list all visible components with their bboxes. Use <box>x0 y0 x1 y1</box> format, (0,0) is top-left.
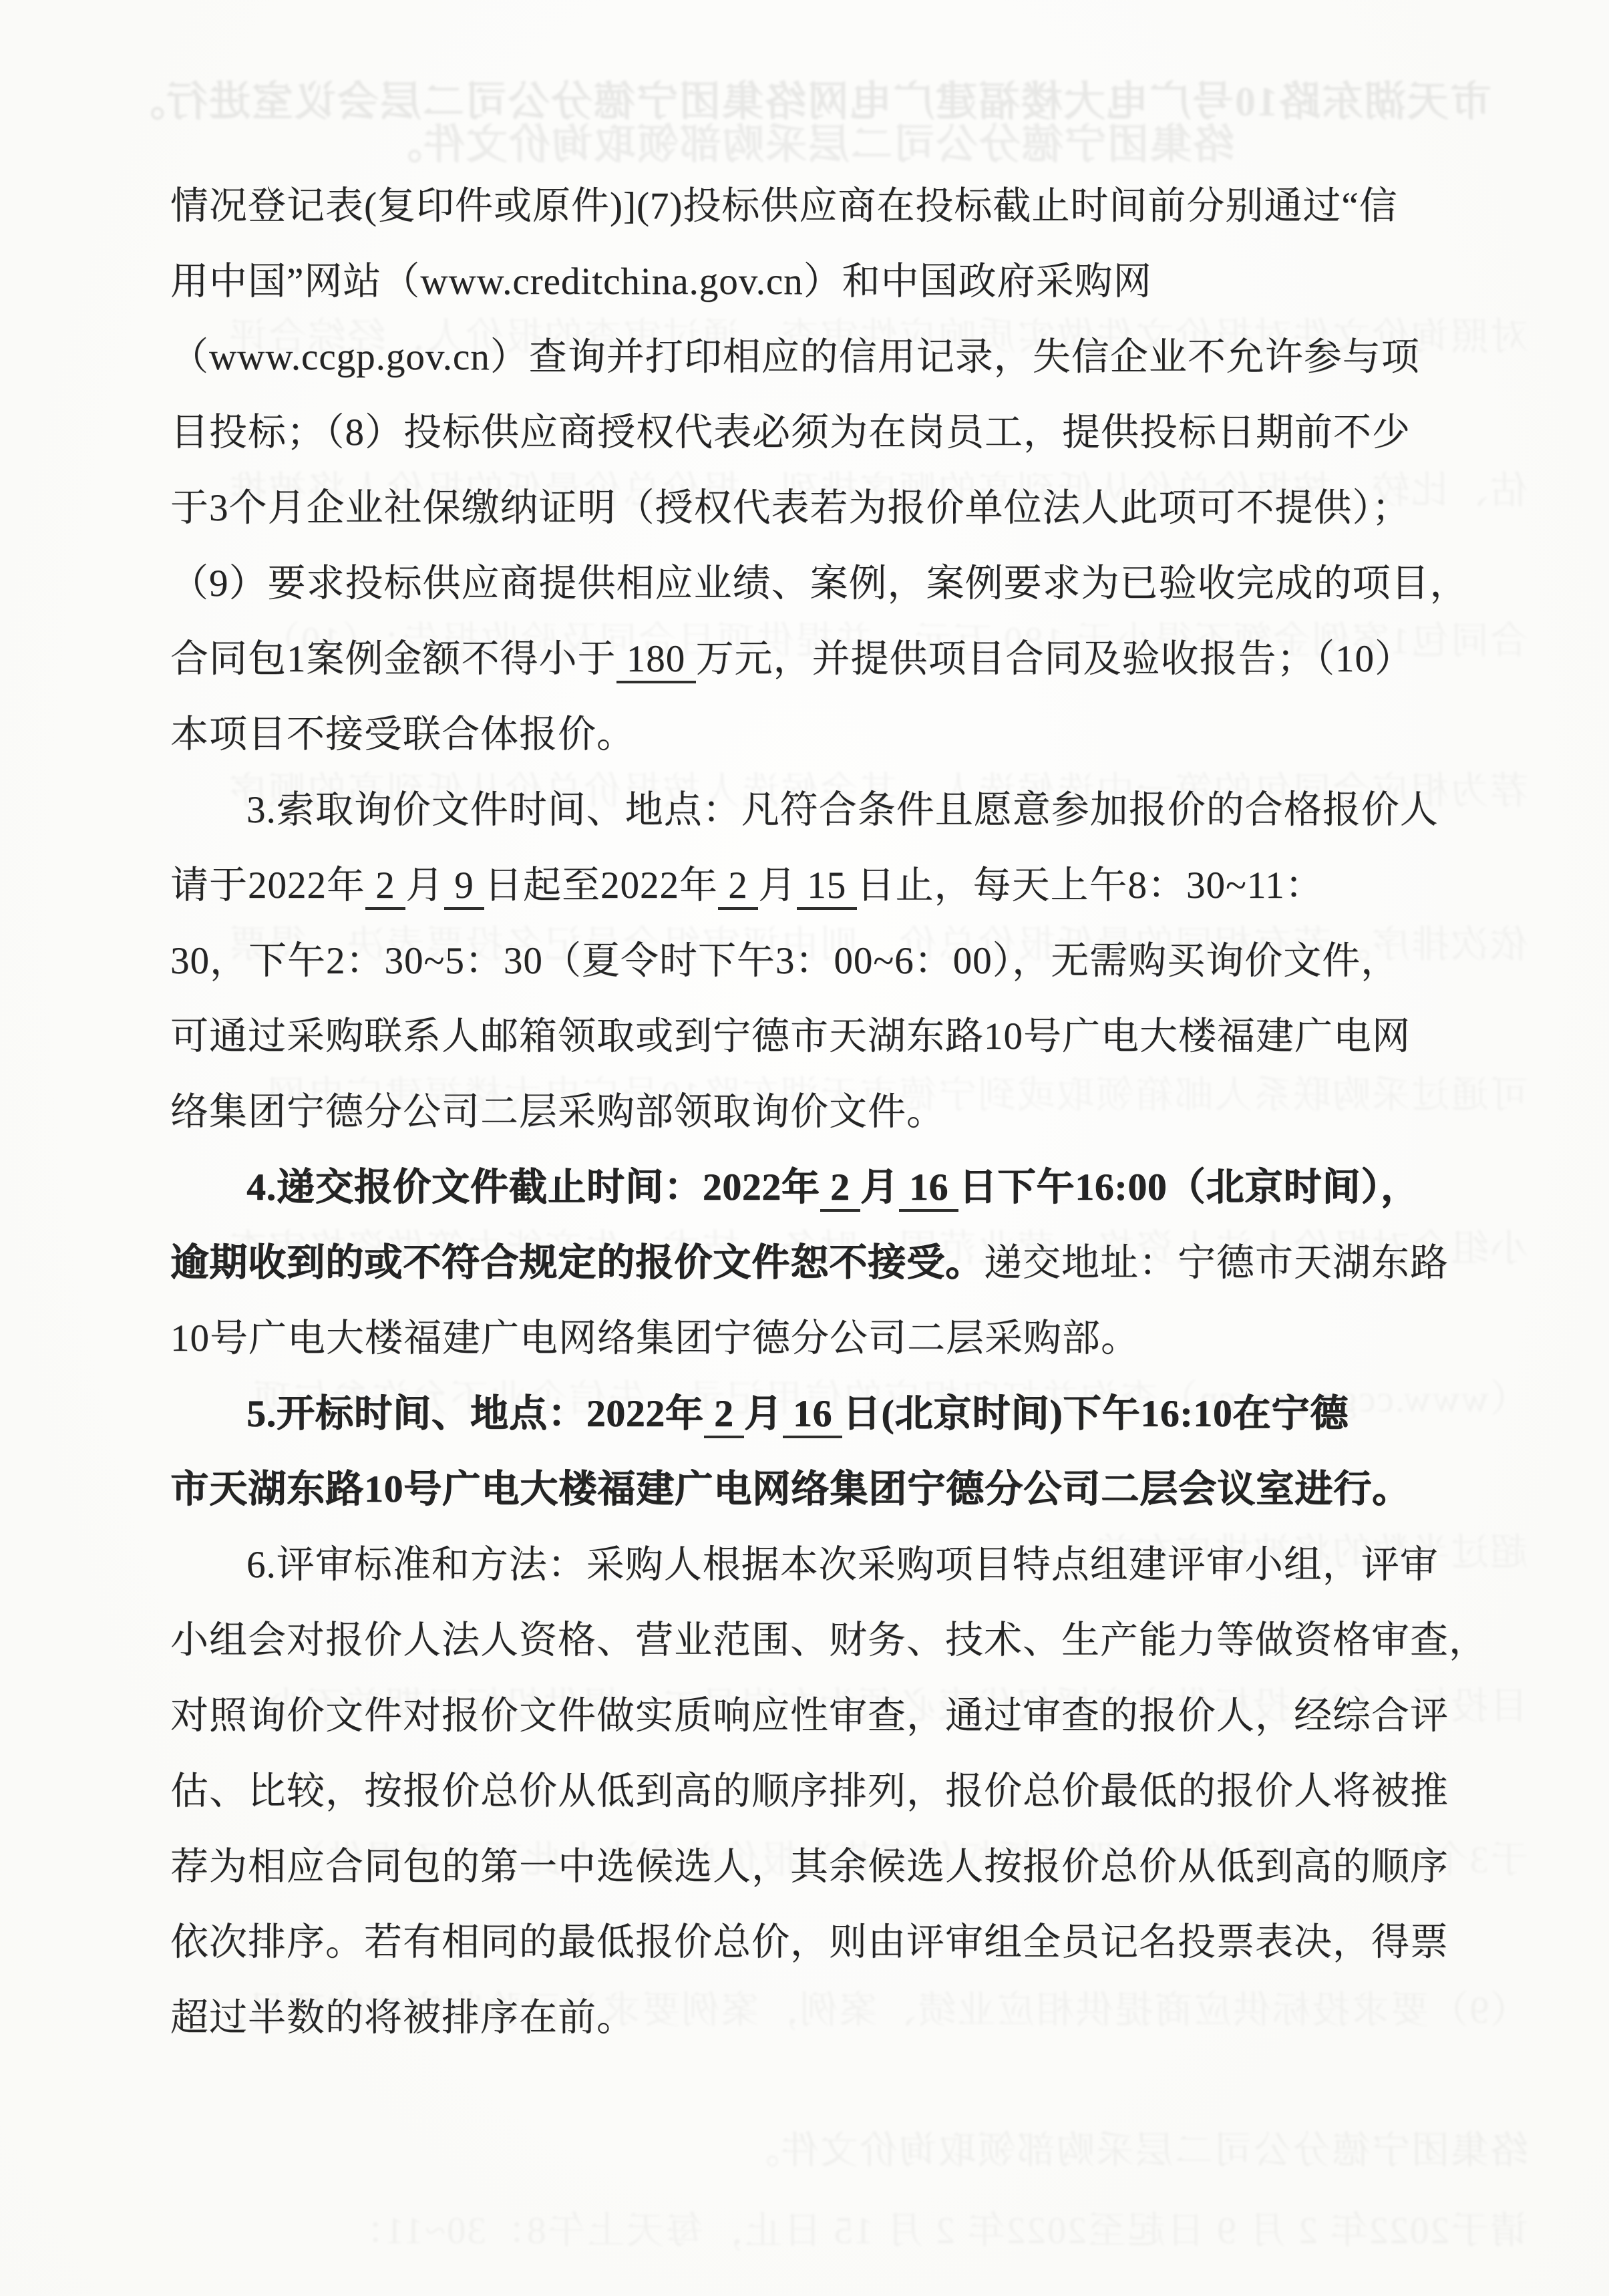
text-segment: 市天湖东路10号广电大楼福建广电网络集团宁德分公司二层会议室进行。 <box>170 1468 1411 1510</box>
text-segment: 本项目不接受联合体报价。 <box>170 713 635 756</box>
text-segment: 日止，每天上午8：30~11： <box>857 864 1324 907</box>
bleedthrough-ghost: 市天湖东路10号广电大楼福建广电网络集团宁德分公司二层会议室进行。 <box>85 79 1528 126</box>
text-segment: 日起至2022年 <box>484 864 718 907</box>
text-segment: 4.递交报价文件截止时间：2022年 <box>246 1166 820 1208</box>
text-segment: （9）要求投标供应商提供相应业绩、案例，案例要求为已验收完成的项目， <box>170 562 1469 605</box>
bleedthrough-ghost: 络集团宁德分公司二层采购部领取询价文件。 <box>85 2128 1528 2174</box>
text-segment: 3.索取询价文件时间、地点：凡符合条件且愿意参加报价的合格报价人 <box>246 789 1439 831</box>
text-line: 荐为相应合同包的第一中选候选人，其余候选人按报价总价从低到高的顺序 <box>170 1829 1449 1905</box>
bleedthrough-ghost: 络集团宁德分公司二层采购部领取询价文件。 <box>85 122 1528 168</box>
text-line: 3.索取询价文件时间、地点：凡符合条件且愿意参加报价的合格报价人 <box>170 772 1449 848</box>
text-line: 小组会对报价人法人资格、营业范围、财务、技术、生产能力等做资格审查， <box>170 1603 1449 1678</box>
text-line: 6.评审标准和方法：采购人根据本次采购项目特点组建评审小组，评审 <box>170 1527 1449 1603</box>
text-line: 超过半数的将被排序在前。 <box>170 1980 1449 2056</box>
text-segment: 月 <box>758 864 797 907</box>
text-line: （9）要求投标供应商提供相应业绩、案例，案例要求为已验收完成的项目， <box>170 546 1449 621</box>
text-line: 络集团宁德分公司二层采购部领取询价文件。 <box>170 1074 1449 1150</box>
text-segment: 逾期收到的或不符合规定的报价文件恕不接受。 <box>170 1242 984 1284</box>
scanned-document-page: 市天湖东路10号广电大楼福建广电网络集团宁德分公司二层会议室进行。络集团宁德分公… <box>0 0 1609 2296</box>
text-segment: 情况登记表(复印件或原件)](7)投标供应商在投标截止时间前分别通过“信 <box>170 185 1398 227</box>
text-segment: 月 <box>860 1166 899 1208</box>
bleedthrough-ghost: 请于2022年 2 月 9 日起至2022年 2 月 15 日止，每天上午8：3… <box>85 2208 1528 2255</box>
text-segment: 5.开标时间、地点：2022年 <box>246 1393 704 1435</box>
text-line: 于3个月企业社保缴纳证明（授权代表若为报价单位法人此项可不提供）； <box>170 470 1449 546</box>
text-segment: 络集团宁德分公司二层采购部领取询价文件。 <box>170 1091 945 1133</box>
text-line: 目投标；（8）投标供应商授权代表必须为在岗员工，提供投标日期前不少 <box>170 395 1449 470</box>
text-line: 请于2022年 2 月 9 日起至2022年 2 月 15 日止，每天上午8：3… <box>170 848 1449 923</box>
text-segment: 于3个月企业社保缴纳证明（授权代表若为报价单位法人此项可不提供）； <box>170 487 1411 529</box>
underlined-value: 2 <box>704 1393 744 1438</box>
text-segment: 30，下午2：30~5：30（夏令时下午3：00~6：00），无需购买询价文件， <box>170 940 1399 982</box>
text-segment: 估、比较，按报价总价从低到高的顺序排列，报价总价最低的报价人将被推 <box>170 1770 1449 1812</box>
text-segment: 依次排序。若有相同的最低报价总价，则由评审组全员记名投票表决，得票 <box>170 1921 1449 1963</box>
text-line: （www.ccgp.gov.cn）查询并打印相应的信用记录，失信企业不允许参与项 <box>170 319 1449 395</box>
underlined-value: 16 <box>899 1166 959 1212</box>
text-segment: 10号广电大楼福建广电网络集团宁德分公司二层采购部。 <box>170 1317 1139 1359</box>
text-segment: 月 <box>744 1393 783 1435</box>
text-line: 情况登记表(复印件或原件)](7)投标供应商在投标截止时间前分别通过“信 <box>170 168 1449 244</box>
underlined-value: 16 <box>783 1393 843 1438</box>
underlined-value: 2 <box>718 864 758 910</box>
text-segment: 用中国”网站（www.creditchina.gov.cn）和中国政府采购网 <box>170 261 1152 303</box>
text-segment: 超过半数的将被排序在前。 <box>170 1997 635 2039</box>
text-line: 逾期收到的或不符合规定的报价文件恕不接受。递交地址：宁德市天湖东路 <box>170 1225 1449 1301</box>
text-line: 4.递交报价文件截止时间：2022年 2 月 16 日下午16:00（北京时间）… <box>170 1150 1449 1225</box>
text-segment: 合同包1案例金额不得小于 <box>170 638 616 680</box>
underlined-value: 15 <box>797 864 857 910</box>
text-segment: 荐为相应合同包的第一中选候选人，其余候选人按报价总价从低到高的顺序 <box>170 1846 1449 1888</box>
text-line: 10号广电大楼福建广电网络集团宁德分公司二层采购部。 <box>170 1301 1449 1376</box>
text-segment: 对照询价文件对报价文件做实质响应性审查，通过审查的报价人，经综合评 <box>170 1695 1449 1737</box>
text-line: 估、比较，按报价总价从低到高的顺序排列，报价总价最低的报价人将被推 <box>170 1754 1449 1829</box>
text-line: 5.开标时间、地点：2022年 2 月 16 日(北京时间)下午16:10在宁德 <box>170 1376 1449 1452</box>
underlined-value: 2 <box>820 1166 860 1212</box>
text-line: 本项目不接受联合体报价。 <box>170 697 1449 772</box>
text-line: 合同包1案例金额不得小于 180 万元，并提供项目合同及验收报告；（10） <box>170 621 1449 697</box>
text-line: 用中国”网站（www.creditchina.gov.cn）和中国政府采购网 <box>170 244 1449 319</box>
text-segment: 6.评审标准和方法：采购人根据本次采购项目特点组建评审小组，评审 <box>246 1544 1439 1586</box>
text-segment: 小组会对报价人法人资格、营业范围、财务、技术、生产能力等做资格审查， <box>170 1619 1487 1661</box>
text-segment: 可通过采购联系人邮箱领取或到宁德市天湖东路10号广电大楼福建广电网 <box>170 1015 1411 1057</box>
text-segment: 递交地址：宁德市天湖东路 <box>984 1242 1449 1284</box>
text-segment: 日下午16:00（北京时间）， <box>958 1166 1419 1208</box>
text-segment: 万元，并提供项目合同及验收报告；（10） <box>696 638 1414 680</box>
text-segment: （www.ccgp.gov.cn）查询并打印相应的信用记录，失信企业不允许参与项 <box>170 336 1420 378</box>
text-line: 依次排序。若有相同的最低报价总价，则由评审组全员记名投票表决，得票 <box>170 1905 1449 1980</box>
text-segment: 日(北京时间)下午16:10在宁德 <box>842 1393 1349 1435</box>
text-line: 30，下午2：30~5：30（夏令时下午3：00~6：00），无需购买询价文件， <box>170 923 1449 999</box>
text-segment: 月 <box>405 864 444 907</box>
text-line: 可通过采购联系人邮箱领取或到宁德市天湖东路10号广电大楼福建广电网 <box>170 999 1449 1074</box>
text-line: 市天湖东路10号广电大楼福建广电网络集团宁德分公司二层会议室进行。 <box>170 1452 1449 1527</box>
document-text-block: 情况登记表(复印件或原件)](7)投标供应商在投标截止时间前分别通过“信用中国”… <box>170 168 1449 2056</box>
underlined-value: 9 <box>444 864 484 910</box>
text-segment: 目投标；（8）投标供应商授权代表必须为在岗员工，提供投标日期前不少 <box>170 412 1411 454</box>
underlined-value: 180 <box>616 638 696 683</box>
text-segment: 请于2022年 <box>170 864 365 907</box>
underlined-value: 2 <box>365 864 405 910</box>
text-line: 对照询价文件对报价文件做实质响应性审查，通过审查的报价人，经综合评 <box>170 1678 1449 1754</box>
